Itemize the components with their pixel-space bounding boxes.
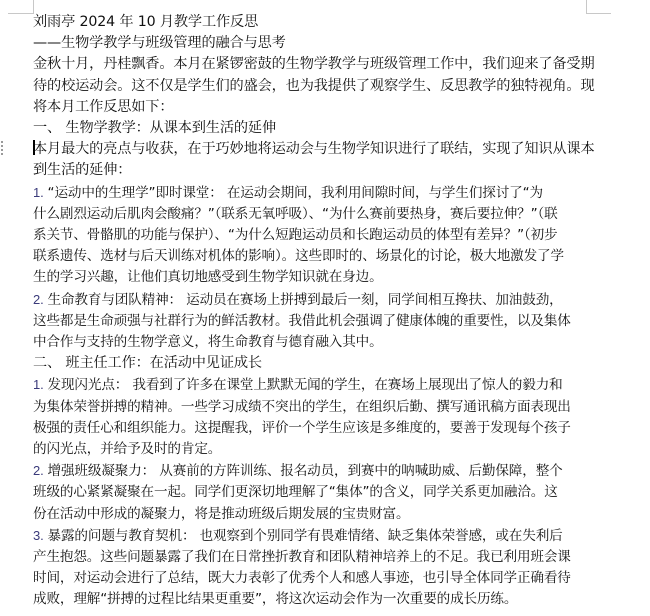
intro-line: 待的校运动会。这不仅是学生们的盛会，也为我提供了观察学生、反思教学的独特视角。现 [33, 76, 593, 97]
list-item-line: 联系遗传、选材与后天训练对机体的影响）。这些即时的、场景化的讨论，极大地激发了学 [33, 246, 593, 267]
list-item-line: 生的学习兴趣，让他们真切地感受到生物学知识就在身边。 [33, 267, 593, 288]
section-heading-biology-teaching: 一、 生物学教学：从课本到生活的延伸 [33, 118, 593, 139]
list-item-text: 发现闪光点： 我看到了许多在课堂上默默无闻的学生，在赛场上展现出了惊人的毅力和 [48, 377, 563, 393]
list-item-line: 什么剧烈运动后肌肉会酸痛？”（联系无氧呼吸）、“为什么赛前要热身，赛后要拉伸？”… [33, 204, 593, 225]
list-item-text: 生命教育与团队精神： 运动员在赛场上拼搏到最后一刻，同学间相互搀扶、加油鼓劲， [48, 292, 563, 308]
list-item-first-line: 2.增强班级凝聚力： 从赛前的方阵训练、报名动员，到赛中的呐喊助威、后勤保障，整… [33, 460, 593, 482]
list-item-text: 增强班级凝聚力： 从赛前的方阵训练、报名动员，到赛中的呐喊助威、后勤保障，整个 [48, 463, 563, 479]
intro-paragraph: 金秋十月，丹桂飘香。本月在紧锣密鼓的生物学教学与班级管理工作中，我们迎来了备受期… [33, 54, 593, 118]
list-item-first-line: 3.暴露的问题与教育契机： 也观察到个别同学有畏难情绪、缺乏集体荣誉感，或在失利… [33, 525, 593, 547]
list-item-line: 中合作与支持的生物学意义，将生命教育与德育融入其中。 [33, 332, 593, 353]
document-subtitle: ——生物学教学与班级管理的融合与思考 [33, 33, 593, 54]
list-item-text: 暴露的问题与教育契机： 也观察到个别同学有畏难情绪、缺乏集体荣誉感，或在失利后 [48, 528, 563, 544]
paragraph-margin-marker [1, 141, 6, 155]
list-number: 1. [33, 185, 44, 200]
list-number: 3. [33, 528, 44, 543]
list-item-line: 产生抱怨。这些问题暴露了我们在日常挫折教育和团队精神培养上的不足。我已利用班会课 [33, 547, 593, 568]
list-number: 1. [33, 377, 44, 392]
list-item-first-line: 2.生命教育与团队精神： 运动员在赛场上拼搏到最后一刻，同学间相互搀扶、加油鼓劲… [33, 289, 593, 311]
list-item-text: “运动中的生理学”即时课堂： 在运动会期间，我利用间隙时间，与学生们探讨了“为 [48, 185, 543, 201]
list-item-line: 班级的心紧紧凝聚在一起。同学们更深切地理解了“集体”的含义，同学关系更加融洽。这 [33, 482, 593, 503]
lead-line: 到生活的延伸： [33, 160, 593, 181]
list-item: 3.暴露的问题与教育契机： 也观察到个别同学有畏难情绪、缺乏集体荣誉感，或在失利… [33, 525, 593, 611]
list-item-line: 成败，理解“拼搏的过程比结果更重要”，将这次运动会作为一次重要的成长历练。 [33, 589, 593, 610]
lead-line: 本月最大的亮点与收获，在于巧妙地将运动会与生物学知识进行了联结，实现了知识从课本 [33, 139, 593, 160]
list-item-first-line: 1.发现闪光点： 我看到了许多在课堂上默默无闻的学生，在赛场上展现出了惊人的毅力… [33, 374, 593, 396]
list-item: 1.发现闪光点： 我看到了许多在课堂上默默无闻的学生，在赛场上展现出了惊人的毅力… [33, 374, 593, 460]
list-item-first-line: 1.“运动中的生理学”即时课堂： 在运动会期间，我利用间隙时间，与学生们探讨了“… [33, 182, 593, 204]
document-title: 刘雨亭 2024 年 10 月教学工作反思 [33, 12, 593, 33]
section-heading-class-management: 二、 班主任工作：在活动中见证成长 [33, 353, 593, 374]
document-page[interactable]: 刘雨亭 2024 年 10 月教学工作反思 ——生物学教学与班级管理的融合与思考… [33, 12, 593, 611]
list-item-line: 为集体荣誉拼搏的精神。一些学习成绩不突出的学生，在组织后勤、撰写通讯稿方面表现出 [33, 397, 593, 418]
lead-line-text: 本月最大的亮点与收获，在于巧妙地将运动会与生物学知识进行了联结，实现了知识从课本 [33, 141, 595, 157]
list-item-line: 极强的责任心和组织能力。这提醒我，评价一个学生应该是多维度的，要善于发现每个孩子 [33, 418, 593, 439]
intro-line: 将本月工作反思如下： [33, 97, 593, 118]
list-item-line: 这些都是生命顽强与社群行为的鲜活教材。我借此机会强调了健康体魄的重要性，以及集体 [33, 311, 593, 332]
list-item: 1.“运动中的生理学”即时课堂： 在运动会期间，我利用间隙时间，与学生们探讨了“… [33, 182, 593, 289]
section-lead-paragraph: 本月最大的亮点与收获，在于巧妙地将运动会与生物学知识进行了联结，实现了知识从课本… [33, 139, 593, 181]
page-corner-mark-top-left [8, 0, 34, 14]
list-number: 2. [33, 463, 44, 478]
list-number: 2. [33, 292, 44, 307]
list-item-line: 的闪光点，并给予及时的肯定。 [33, 439, 593, 460]
list-item: 2.增强班级凝聚力： 从赛前的方阵训练、报名动员，到赛中的呐喊助威、后勤保障，整… [33, 460, 593, 525]
list-item-line: 份在活动中形成的凝聚力，将是推动班级后期发展的宝贵财富。 [33, 504, 593, 525]
intro-line: 金秋十月，丹桂飘香。本月在紧锣密鼓的生物学教学与班级管理工作中，我们迎来了备受期 [33, 54, 593, 75]
list-item-line: 系关节、骨骼肌的功能与保护）、“为什么短跑运动员和长跑运动员的体型有差异？”（初… [33, 225, 593, 246]
list-item-line: 时间，对运动会进行了总结，既大力表彰了优秀个人和感人事迹，也引导全体同学正确看待 [33, 568, 593, 589]
list-item: 2.生命教育与团队精神： 运动员在赛场上拼搏到最后一刻，同学间相互搀扶、加油鼓劲… [33, 289, 593, 354]
